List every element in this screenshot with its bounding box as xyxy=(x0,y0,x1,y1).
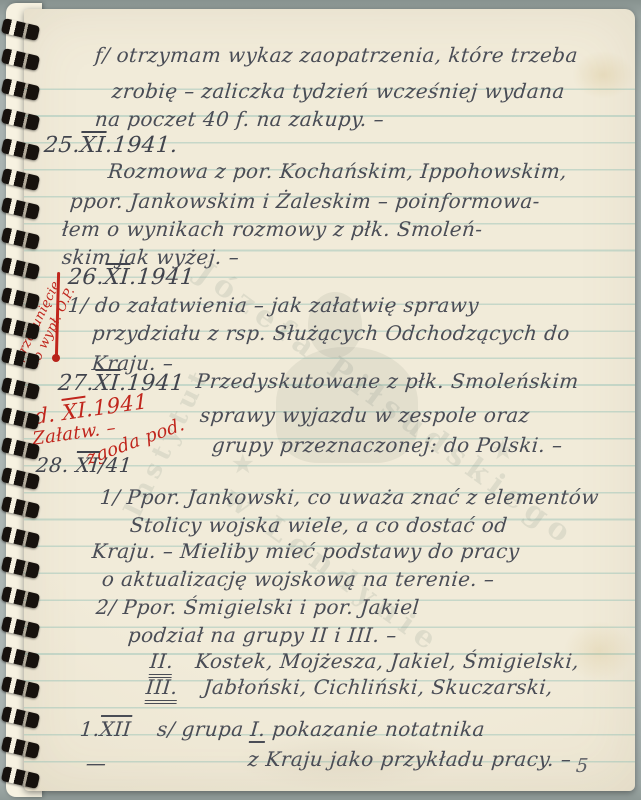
handwriting-line: Kraju. – Mieliby mieć podstawy do pracy xyxy=(91,540,520,562)
binding-ring xyxy=(1,287,40,310)
handwriting-line: Stolicy wojska wiele, a co dostać od xyxy=(129,514,508,536)
binding-ring xyxy=(1,676,40,699)
handwriting-line: zrobię – zaliczka tydzień wcześniej wyda… xyxy=(111,80,566,102)
entry-text-post: pokazanie notatnika xyxy=(264,717,486,741)
page-number: 5 xyxy=(575,756,589,777)
handwriting-line: 1/ Ppor. Jankowski, co uważa znać z elem… xyxy=(99,486,600,508)
handwriting-line: sprawy wyjazdu w zespole oraz xyxy=(199,404,531,426)
date-heading-25-xi-1941: 25.XI.1941. xyxy=(43,134,179,158)
binding-ring xyxy=(1,437,40,460)
binding-ring xyxy=(1,407,40,430)
dash-mark: — xyxy=(85,752,107,774)
paper-stain xyxy=(572,51,634,99)
roman-numeral-ii: II. xyxy=(149,649,175,678)
binding-ring xyxy=(1,556,40,579)
date-day: 26. xyxy=(67,265,105,290)
binding-ring xyxy=(1,108,40,131)
handwriting-line: f/ otrzymam wykaz zaopatrzenia, które tr… xyxy=(94,44,579,66)
date-day: 1. xyxy=(79,717,101,741)
binding-ring xyxy=(1,257,40,280)
binding-ring xyxy=(1,766,40,789)
date-month: XII xyxy=(99,717,132,741)
binding-ring xyxy=(1,227,40,250)
binding-ring xyxy=(1,138,40,161)
date-month: XI xyxy=(79,133,106,158)
handwriting-line: ppor. Jankowskim i Żaleskim – poinformow… xyxy=(69,190,541,212)
handwriting-line: podział na grupy II i III. – xyxy=(127,624,398,646)
date-day: 27. xyxy=(57,371,95,396)
red-ink-dot xyxy=(52,354,60,362)
handwriting-line: 2/ Ppor. Śmigielski i por. Jakiel xyxy=(95,596,420,618)
notebook-scan: Instytut Józefa Piłsudskiego w Londynie … xyxy=(0,0,641,800)
group-iii-names: Jabłoński, Cichliński, Skuczarski, xyxy=(203,675,554,699)
date-heading-26-xi-1941: 26.XI.1941 xyxy=(67,266,195,290)
entry-text-pre: s/ grupa xyxy=(156,717,251,741)
binding-ring xyxy=(1,317,40,340)
handwriting-line: Przedyskutowane z płk. Smoleńskim xyxy=(195,370,580,392)
binding-ring xyxy=(1,168,40,191)
handwriting-line: 1/ do załatwienia – jak załatwię sprawy xyxy=(67,294,480,316)
binding-ring xyxy=(1,736,40,759)
binding-ring xyxy=(1,377,40,400)
binding-ring xyxy=(1,467,40,490)
handwriting-line: o aktualizację wojskową na terenie. – xyxy=(101,568,495,590)
handwriting-line: grupy przeznaczonej: do Polski. – xyxy=(211,434,563,456)
binding-ring xyxy=(1,197,40,220)
december-entry-row: 1.XIIs/ grupa I. pokazanie notatnika xyxy=(79,718,486,740)
binding-ring xyxy=(1,496,40,519)
group-ii-row: II.Kostek, Mojżesza, Jakiel, Śmigielski, xyxy=(149,650,580,672)
date-day: 25. xyxy=(43,133,81,158)
date-heading-28-xi-41: 28. XI/41 xyxy=(35,454,133,476)
date-year: /41 xyxy=(98,453,133,477)
binding-ring xyxy=(1,78,40,101)
date-year: .1941. xyxy=(104,133,179,158)
binding-ring xyxy=(1,646,40,669)
handwriting-line: Rozmowa z por. Kochańskim, Ippohowskim, xyxy=(107,160,568,182)
date-month: XI xyxy=(103,265,130,290)
binding-ring xyxy=(1,526,40,549)
binding-ring xyxy=(1,586,40,609)
binding-ring xyxy=(1,18,40,41)
handwriting-line: przydziału z rsp. Służących Odchodzących… xyxy=(91,322,571,344)
date-year: .1941 xyxy=(128,265,195,290)
handwriting-line: z Kraju jako przykładu pracy. – xyxy=(247,748,572,770)
binding-ring xyxy=(1,48,40,71)
binding-ring xyxy=(1,706,40,729)
group-ii-names: Kostek, Mojżesza, Jakiel, Śmigielski, xyxy=(194,649,580,673)
handwriting-line: na poczet 40 f. na zakupy. – xyxy=(94,108,385,130)
group-iii-row: III.Jabłoński, Cichliński, Skuczarski, xyxy=(145,676,554,698)
spiral-binding xyxy=(0,0,48,800)
diary-page: Instytut Józefa Piłsudskiego w Londynie … xyxy=(24,9,635,791)
handwriting-line: łem o wynikach rozmowy z płk. Smoleń- xyxy=(61,218,483,240)
binding-ring xyxy=(1,347,40,370)
binding-ring xyxy=(1,616,40,639)
roman-numeral-iii: III. xyxy=(145,675,179,704)
date-month: XI xyxy=(75,453,100,477)
